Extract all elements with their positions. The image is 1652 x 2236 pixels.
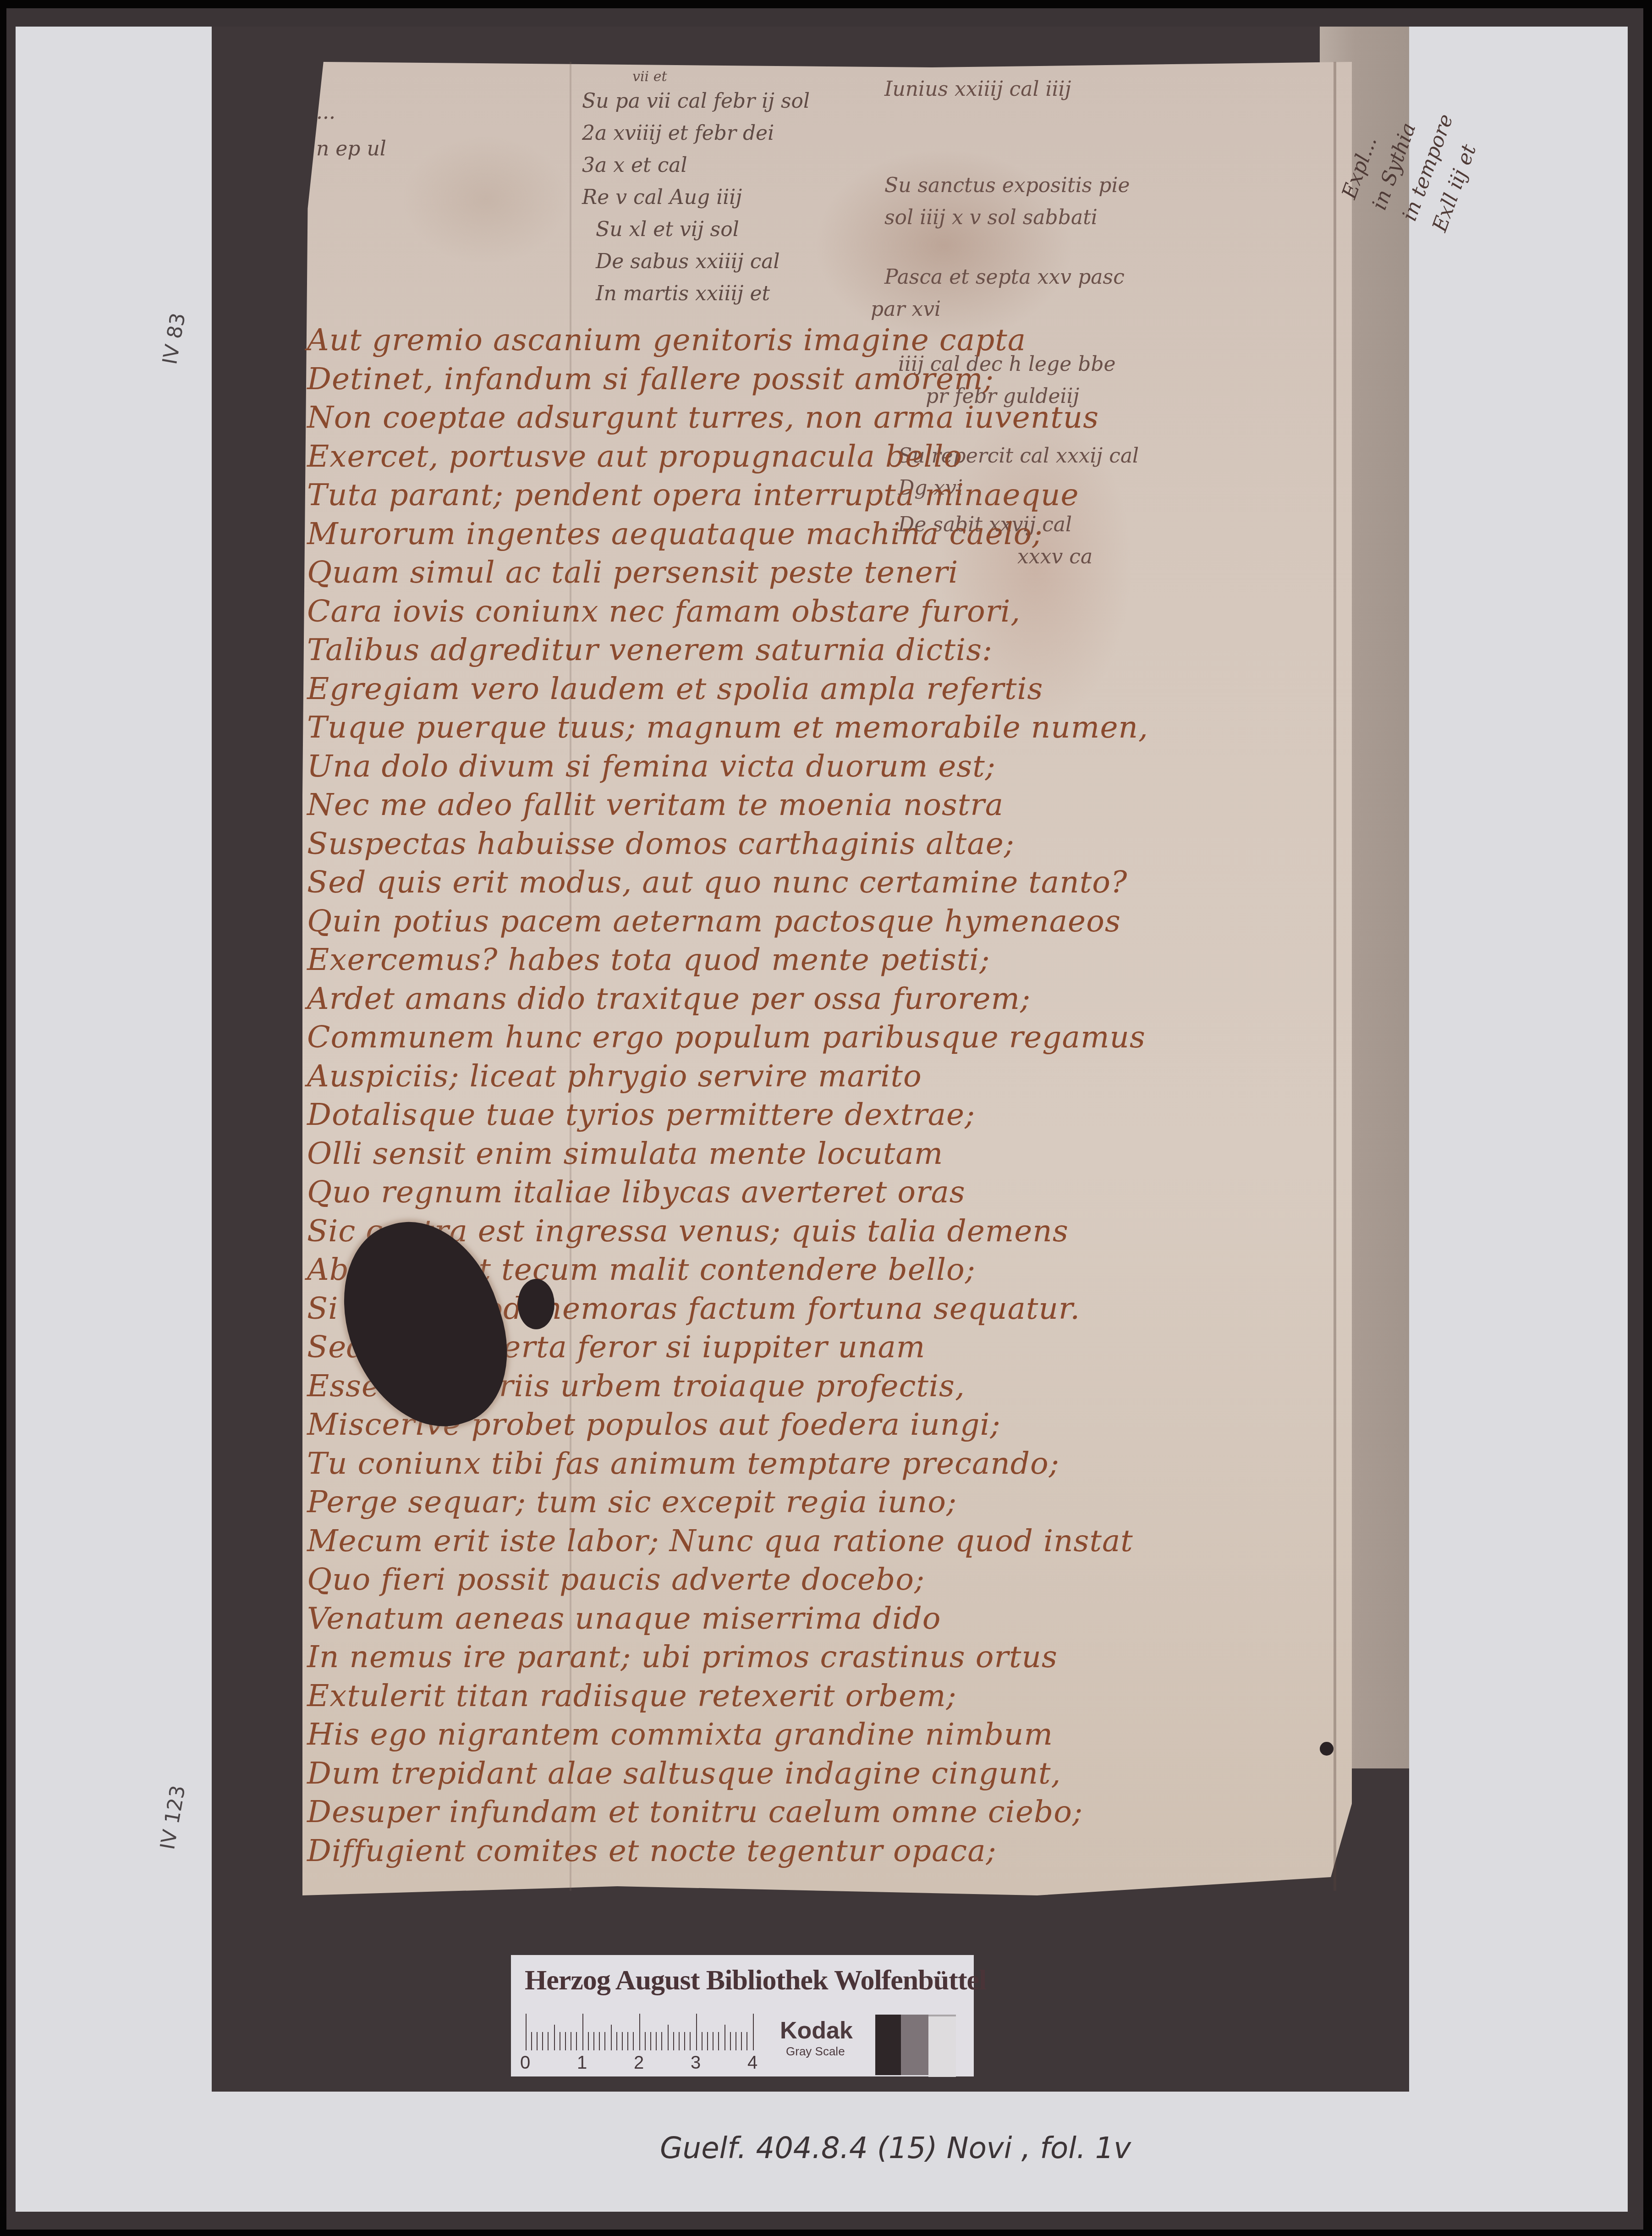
- ruler-label: 2: [634, 2053, 644, 2073]
- text-line: Perge sequar; tum sic excepit regia iuno…: [307, 1483, 1269, 1522]
- text-line: Diffugient comites et nocte tegentur opa…: [307, 1832, 1269, 1871]
- text-line: His ego nigrantem commixta grandine nimb…: [307, 1715, 1269, 1754]
- ruler-scale: 0 1 2 3 4: [526, 2009, 759, 2069]
- text-line: Quo regnum italiae libycas averteret ora…: [307, 1173, 1269, 1212]
- text-line: Suspectas habuisse domos carthaginis alt…: [307, 825, 1269, 864]
- text-line: In nemus ire parant; ubi primos crastinu…: [307, 1638, 1269, 1677]
- text-line: Tu coniunx tibi fas animum temptare prec…: [307, 1444, 1269, 1483]
- text-line: Communem hunc ergo populum paribusque re…: [307, 1018, 1269, 1057]
- margin-notes-top-right: Iunius xxiiij cal iiij Su sanctus exposi…: [884, 73, 1130, 325]
- text-line: Quam simul ac tali persensit peste tener…: [307, 553, 1269, 592]
- shelfmark-caption: Guelf. 404.8.4 (15) Novi , fol. 1v: [660, 2131, 1131, 2165]
- text-line: Non coeptae adsurgunt turres, non arma i…: [307, 398, 1269, 437]
- text-line: Venatum aeneas unaque miserrima dido: [307, 1599, 1269, 1638]
- gray-patch-light: [928, 2015, 956, 2077]
- margin-notes-top: vii et Su pa vii cal febr ij sol 2a xvii…: [582, 69, 810, 310]
- ruler-label: 3: [691, 2053, 701, 2073]
- library-name: Herzog August Bibliothek Wolfenbüttel: [525, 1964, 986, 1997]
- manuscript-main-text: Aut gremio ascanium genitoris imagine ca…: [307, 321, 1269, 1870]
- kodak-logo: Kodak: [780, 2017, 853, 2044]
- text-line: Egregiam vero laudem et spolia ampla ref…: [307, 670, 1269, 709]
- text-line: Una dolo divum si femina victa duorum es…: [307, 747, 1269, 786]
- text-line: Exercemus? habes tota quod mente petisti…: [307, 941, 1269, 980]
- gray-scale-label: Gray Scale: [786, 2044, 845, 2059]
- color-target-card: Herzog August Bibliothek Wolfenbüttel: [511, 1955, 974, 2076]
- text-line: Sed quis erit modus, aut quo nunc certam…: [307, 863, 1269, 902]
- text-line: Murorum ingentes aequataque machina cael…: [307, 515, 1269, 554]
- text-line: Extulerit titan radiisque retexerit orbe…: [307, 1677, 1269, 1716]
- text-line: Olli sensit enim simulata mente locutam: [307, 1135, 1269, 1173]
- text-line: Tuta parant; pendent opera interrupta mi…: [307, 476, 1269, 515]
- text-line: Auspiciis; liceat phrygio servire marito: [307, 1057, 1269, 1096]
- text-line: Desuper infundam et tonitru caelum omne …: [307, 1793, 1269, 1832]
- text-line: Dotalisque tuae tyrios permittere dextra…: [307, 1096, 1269, 1135]
- text-line: Dum trepidant alae saltusque indagine ci…: [307, 1754, 1269, 1793]
- text-line: Cara iovis coniunx nec famam obstare fur…: [307, 592, 1269, 631]
- text-line: Talibus adgreditur venerem saturnia dict…: [307, 631, 1269, 670]
- text-line: Detinet, infandum si fallere possit amor…: [307, 360, 1269, 399]
- ruler-label: 4: [747, 2053, 757, 2073]
- text-line: Ardet amans dido traxitque per ossa furo…: [307, 980, 1269, 1019]
- gray-patch-mid: [901, 2015, 928, 2075]
- leaf-edge-fold: [1334, 62, 1336, 1891]
- faint-top-left-notes: ... n ep ul: [316, 96, 386, 165]
- gray-patch-dark: [875, 2015, 901, 2075]
- text-line: Quin potius pacem aeternam pactosque hym…: [307, 902, 1269, 941]
- text-line: Tuque puerque tuus; magnum et memorabile…: [307, 708, 1269, 747]
- text-line: Quo fieri possit paucis adverte docebo;: [307, 1560, 1269, 1599]
- ruler-label: 0: [520, 2053, 530, 2073]
- text-line: Exercet, portusve aut propugnacula bello: [307, 437, 1269, 476]
- text-line: Aut gremio ascanium genitoris imagine ca…: [307, 321, 1269, 360]
- parchment-hole-small: [518, 1279, 554, 1329]
- text-line: Nec me adeo fallit veritam te moenia nos…: [307, 786, 1269, 825]
- ruler-label: 1: [577, 2053, 587, 2073]
- parchment-hole-dot: [1320, 1742, 1334, 1756]
- text-line: Mecum erit iste labor; Nunc qua ratione …: [307, 1522, 1269, 1561]
